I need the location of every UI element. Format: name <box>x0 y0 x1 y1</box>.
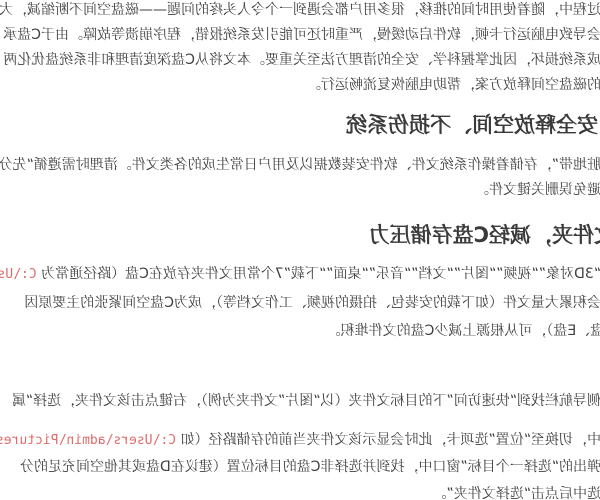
section-heading-safe-free-space: 安全释放空间、不损伤系统 <box>0 110 598 140</box>
mirrored-document-page: 用过程中，随着使用时间的推移，很多用户都会遇到一个令人头疼的问题——磁盘空间不断… <box>0 0 600 500</box>
text-line: 盘会导致电脑运行卡顿，软件启动缓慢，严重时还可能引发系统报错，程序崩溃等故障。由… <box>0 23 600 48</box>
section-paragraph-user-folders: 将“3D对象”“视频”“图片”“文档”“音乐”“桌面”“下载”7个常用文件夹存放… <box>0 260 600 345</box>
file-path-text: C:\Users\admin\Pictures <box>0 433 176 448</box>
text-segment: 将“3D对象”“视频”“图片”“文档”“音乐”“桌面”“下载”7个常用文件夹存放… <box>37 266 600 282</box>
text-line: 在弹出的“选择一个目标”窗口中，找到并选择非C盘的目标位置（建议在D盘或其他空间… <box>0 454 600 481</box>
file-path-text: C:\Users <box>0 267 37 282</box>
article-text-column: 用过程中，随着使用时间的推移，很多用户都会遇到一个令人头疼的问题——磁盘空间不断… <box>0 0 600 500</box>
text-line: D盘、E盘），可从根源上减少C盘的文件堆积。 <box>0 317 600 345</box>
text-line: 造成系统损坏，因此掌握科学、安全的清理方法至关重要。本文将从C盘深度清理和非系统… <box>0 48 600 73</box>
text-line: 用过程中，随着使用时间的推移，很多用户都会遇到一个令人头疼的问题——磁盘空间不断… <box>0 0 600 23</box>
text-line: 口中，切换至“位置”选项卡，此时会显示该文件夹当前的存储路径（如 C:\User… <box>0 427 600 454</box>
text-line: 套的磁盘空间释放方案，帮助电脑恢复流畅运行。 <box>0 73 600 98</box>
text-line: 后会积累大量文件（如下载的安装包、拍摄的视频、工作文档等），成为C盘空间紧张的主… <box>0 289 600 317</box>
text-line: 心脏地带”，存储着操作系统文件、软件安装数据以及用户日常生成的各类文件。清理时需… <box>0 153 600 178</box>
text-line: ，避免误删关键文件。 <box>0 178 600 203</box>
section-heading-move-user-folders: 文件夹，减轻C盘存储压力 <box>0 220 600 250</box>
steps-paragraph-first: 左侧导航栏找到“快速访问”下的目标文件夹（以“图片”文件夹为例），右键点击该文件… <box>0 389 600 414</box>
text-line: 将“3D对象”“视频”“图片”“文档”“音乐”“桌面”“下载”7个常用文件夹存放… <box>0 260 600 289</box>
text-line: ，选中后点击“选择文件夹”。 <box>0 481 600 500</box>
intro-paragraph: 用过程中，随着使用时间的推移，很多用户都会遇到一个令人头疼的问题——磁盘空间不断… <box>0 0 600 98</box>
text-line: 左侧导航栏找到“快速访问”下的目标文件夹（以“图片”文件夹为例），右键点击该文件… <box>0 389 600 414</box>
text-segment: 口中，切换至“位置”选项卡，此时会显示该文件夹当前的存储路径（如 <box>176 432 600 448</box>
section-paragraph-cdrive: 心脏地带”，存储着操作系统文件、软件安装数据以及用户日常生成的各类文件。清理时需… <box>0 153 600 203</box>
steps-paragraph-rest: 口中，切换至“位置”选项卡，此时会显示该文件夹当前的存储路径（如 C:\User… <box>0 427 600 500</box>
